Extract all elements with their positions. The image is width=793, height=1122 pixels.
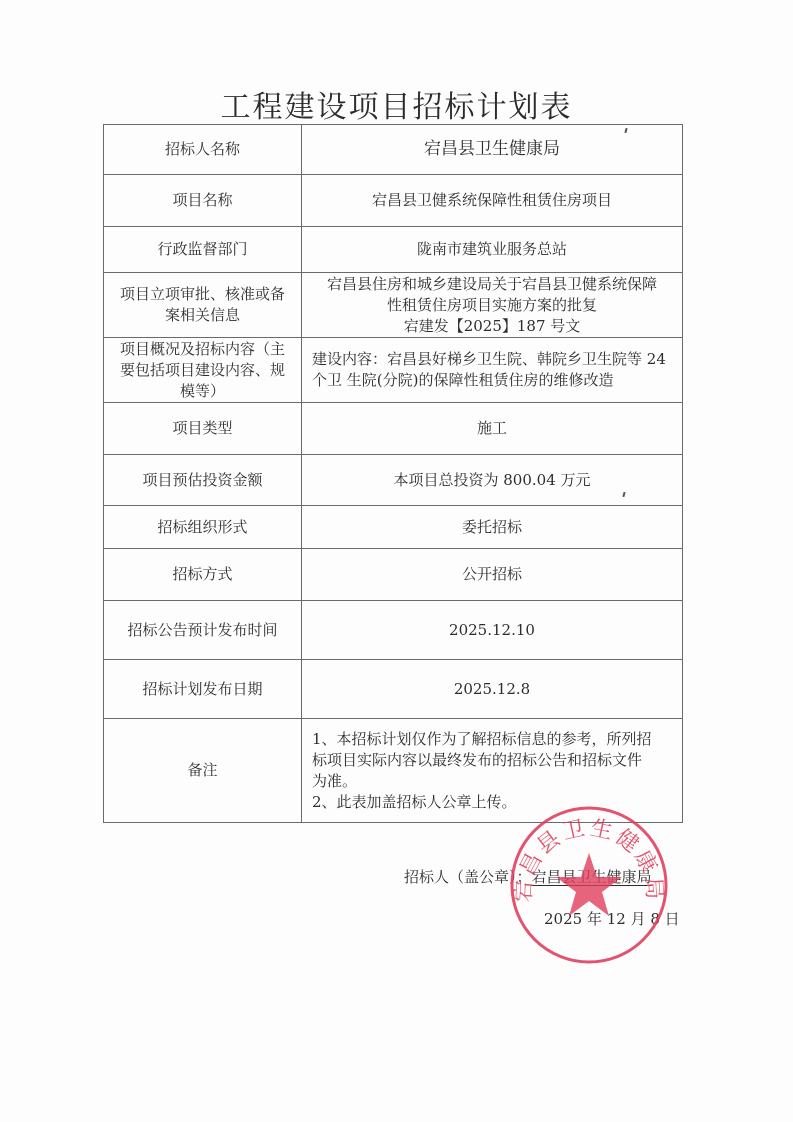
row-value: 公开招标 [302,549,683,601]
row-value-line: 建设内容：宕昌县好梯乡卫生院、韩院乡卫生院等 24 [312,349,672,370]
row-label-line: 要包括项目建设内容、规 [110,360,295,381]
row-label: 备注 [104,719,302,823]
row-label-line: 案相关信息 [110,305,295,326]
row-value-line: 宕昌县住房和城乡建设局关于宕昌县卫健系统保障 [308,274,676,295]
row-label: 招标方式 [104,549,302,601]
table-row-project-overview: 项目概况及招标内容（主 要包括项目建设内容、规 模等） 建设内容：宕昌县好梯乡卫… [104,338,683,403]
row-value: 建设内容：宕昌县好梯乡卫生院、韩院乡卫生院等 24 个卫 生院(分院)的保障性租… [302,338,683,403]
row-label: 项目类型 [104,403,302,455]
signature-organization: 宕昌县卫生健康局 [532,868,652,886]
row-label: 招标人名称 [104,125,302,175]
row-label: 行政监督部门 [104,227,302,273]
row-value: 委托招标 [302,506,683,549]
row-value-line: 2、此表加盖招标人公章上传。 [312,792,672,813]
table-row-project-name: 项目名称 宕昌县卫健系统保障性租赁住房项目 [104,175,683,227]
row-label: 项目立项审批、核准或备 案相关信息 [104,273,302,338]
row-value: 1、本招标计划仅作为了解招标信息的参考，所列招 标项目实际内容以最终发布的招标公… [302,719,683,823]
table-row-project-type: 项目类型 施工 [104,403,683,455]
row-value: 2025.12.10 [302,601,683,660]
row-value: 2025.12.8 [302,660,683,719]
row-value: 宕昌县卫健系统保障性租赁住房项目 [302,175,683,227]
document-page: 工程建设项目招标计划表 招标人名称 宕昌县卫生健康局 项目名称 宕昌县卫健系统保… [0,0,793,1122]
bidding-plan-table: 招标人名称 宕昌县卫生健康局 项目名称 宕昌县卫健系统保障性租赁住房项目 行政监… [103,124,683,823]
row-value: 陇南市建筑业服务总站 [302,227,683,273]
row-label: 项目名称 [104,175,302,227]
row-label: 招标计划发布日期 [104,660,302,719]
row-value-line: 标项目实际内容以最终发布的招标公告和招标文件 [312,750,672,771]
row-label: 项目预估投资金额 [104,455,302,506]
row-value-line: 1、本招标计划仅作为了解招标信息的参考，所列招 [312,729,672,750]
row-label-line: 模等） [110,381,295,402]
table-row-organization-form: 招标组织形式 委托招标 [104,506,683,549]
table-row-investment: 项目预估投资金额 本项目总投资为 800.04 万元 [104,455,683,506]
table-row-remarks: 备注 1、本招标计划仅作为了解招标信息的参考，所列招 标项目实际内容以最终发布的… [104,719,683,823]
row-value-line: 为准。 [312,771,672,792]
row-value: 施工 [302,403,683,455]
signature-label: 招标人（盖公章）： [404,868,532,886]
row-value: 宕昌县住房和城乡建设局关于宕昌县卫健系统保障 性租赁住房项目实施方案的批复 宕建… [302,273,683,338]
table-row-tenderer: 招标人名称 宕昌县卫生健康局 [104,125,683,175]
table-row-plan-date: 招标计划发布日期 2025.12.8 [104,660,683,719]
row-label-line: 项目概况及招标内容（主 [110,339,295,360]
row-label: 招标公告预计发布时间 [104,601,302,660]
row-value: 本项目总投资为 800.04 万元 [302,455,683,506]
table-row-announcement-time: 招标公告预计发布时间 2025.12.10 [104,601,683,660]
row-label: 项目概况及招标内容（主 要包括项目建设内容、规 模等） [104,338,302,403]
row-value-line: 宕建发【2025】187 号文 [308,316,676,337]
seal-text: 宕昌县卫生健康局 [511,816,666,903]
row-value-line: 个卫 生院(分院)的保障性租赁住房的维修改造 [312,370,672,391]
row-value-line: 性租赁住房项目实施方案的批复 [308,295,676,316]
row-label-line: 项目立项审批、核准或备 [110,284,295,305]
table-row-approval-info: 项目立项审批、核准或备 案相关信息 宕昌县住房和城乡建设局关于宕昌县卫健系统保障… [104,273,683,338]
table-row-bidding-method: 招标方式 公开招标 [104,549,683,601]
table-row-supervision-dept: 行政监督部门 陇南市建筑业服务总站 [104,227,683,273]
row-label: 招标组织形式 [104,506,302,549]
signature-line: 招标人（盖公章）：宕昌县卫生健康局 [404,866,652,887]
signature-date: 2025 年 12 月 8 日 [544,908,680,929]
document-title: 工程建设项目招标计划表 [0,82,793,126]
